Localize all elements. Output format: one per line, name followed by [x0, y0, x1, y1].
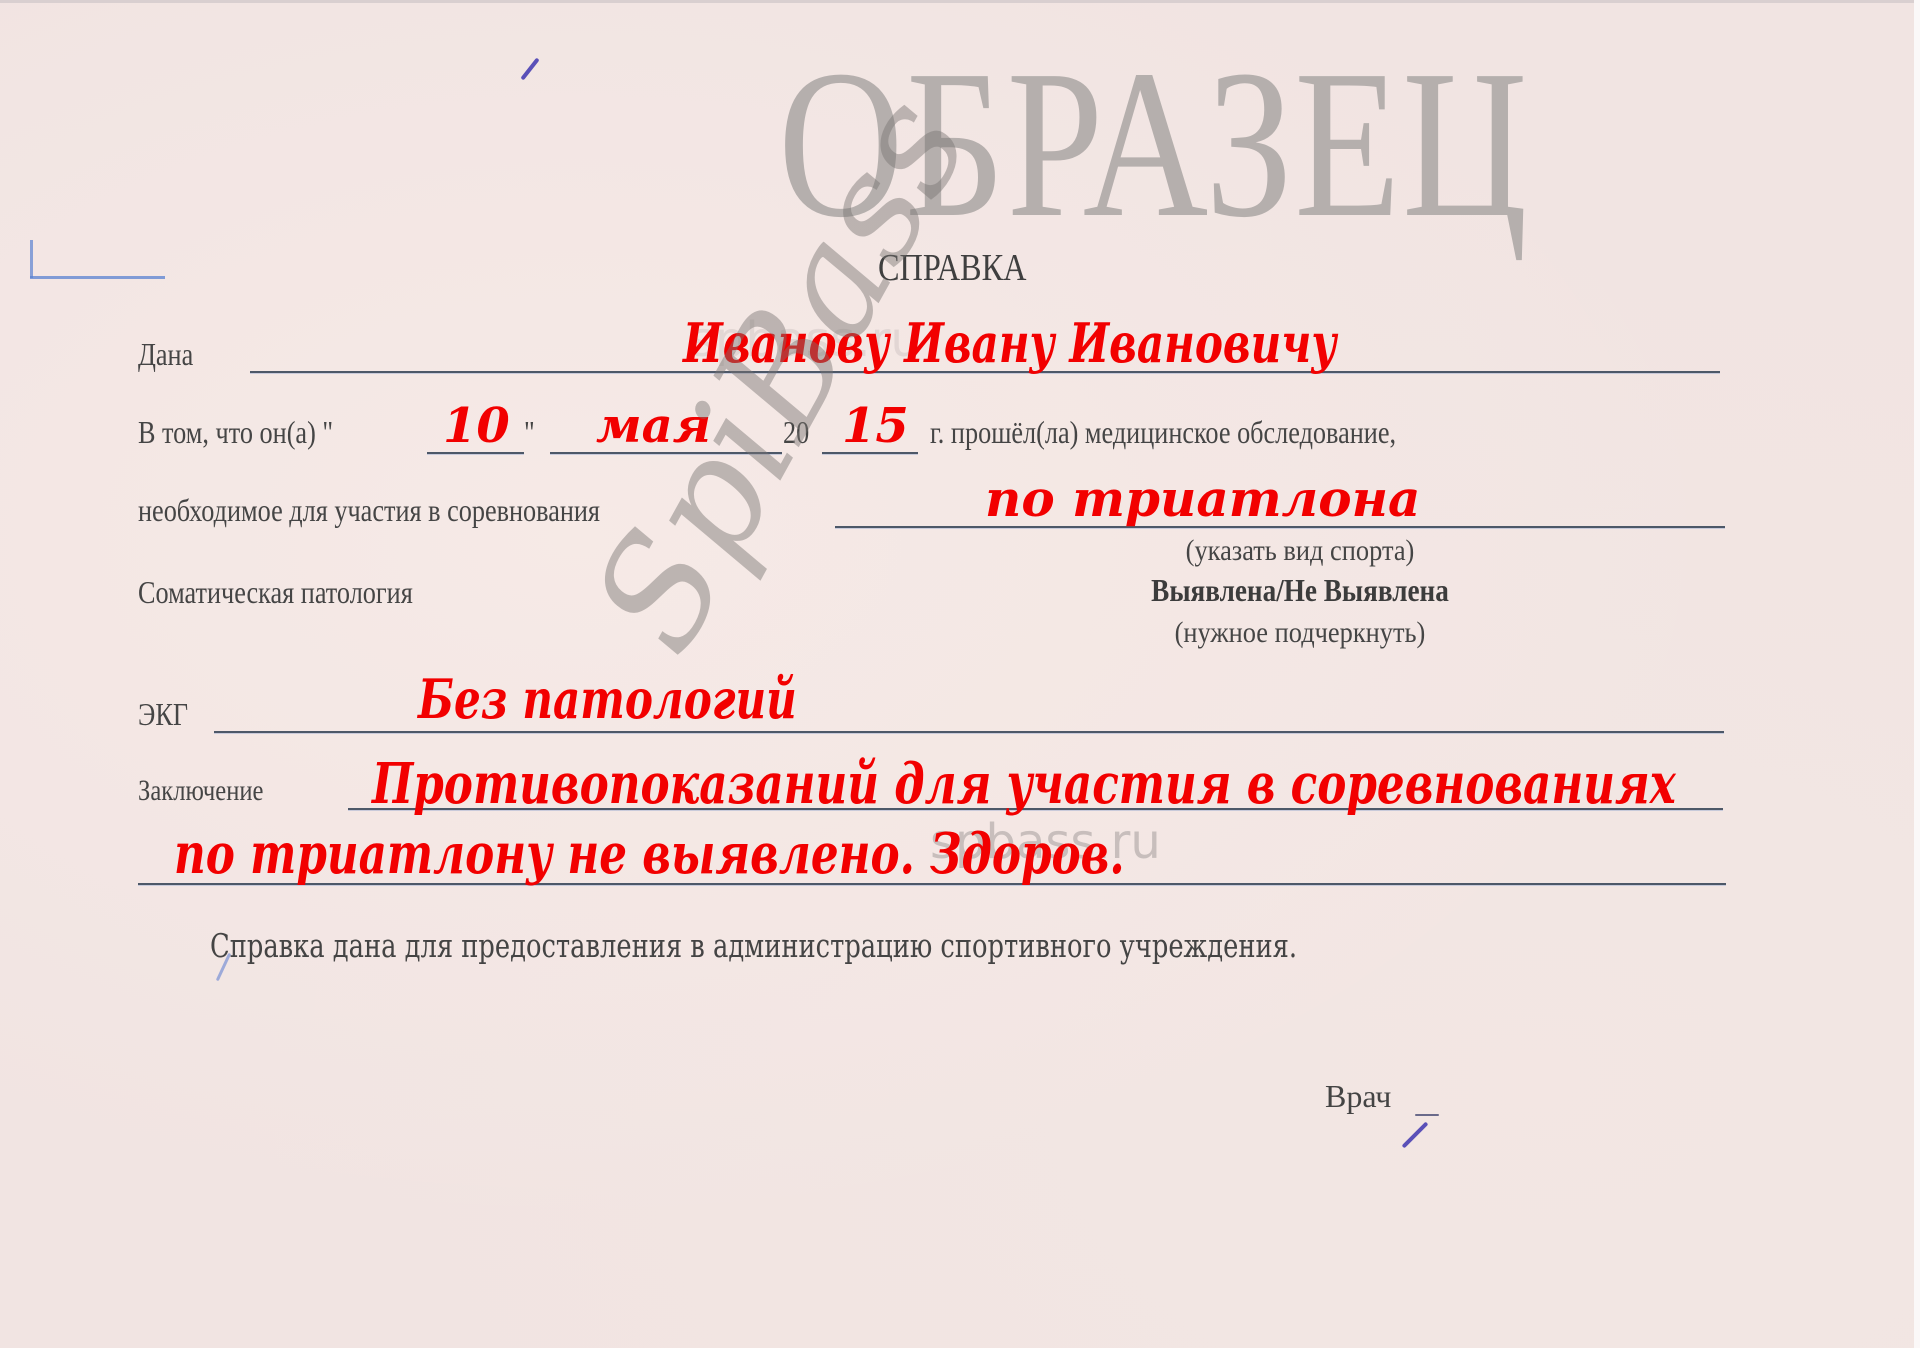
pen-stroke-signature-dash	[1415, 1114, 1439, 1116]
scan-edge-right	[1914, 0, 1920, 1348]
date-prefix: В том, что он(а) "	[138, 414, 333, 451]
date-suffix: г. прошёл(ла) медицинское обследование,	[930, 414, 1396, 451]
stamp-corner-mark-bottom	[30, 276, 165, 279]
date-quote-close: "	[524, 414, 535, 451]
pathology-label: Соматическая патология	[138, 574, 413, 611]
conclusion-label: Заключение	[138, 774, 263, 808]
conclusion-value-line1: Противопоказаний для участия в соревнова…	[372, 756, 1676, 812]
competition-value: по триатлона	[985, 474, 1420, 524]
conclusion-value-line2: по триатлону не выявлено. Здоров.	[174, 826, 1125, 882]
ecg-label: ЭКГ	[138, 696, 188, 733]
given-to-label: Дана	[138, 336, 193, 373]
stamp-corner-mark	[30, 240, 33, 278]
ecg-value: Без патологий	[418, 672, 797, 726]
competition-hint: (указать вид спорта)	[1036, 534, 1564, 568]
footer-note: Справка дана для предоставления в админи…	[210, 926, 1297, 965]
scan-edge-top	[0, 0, 1920, 3]
ecg-line	[214, 731, 1724, 733]
competition-label: необходимое для участия в соревнования	[138, 492, 600, 529]
doctor-label: Врач	[1325, 1078, 1391, 1115]
pathology-options: Выявлена/Не Выявлена	[1020, 572, 1581, 609]
date-day-value: 10	[443, 402, 510, 450]
pathology-hint: (нужное подчеркнуть)	[1010, 616, 1591, 650]
